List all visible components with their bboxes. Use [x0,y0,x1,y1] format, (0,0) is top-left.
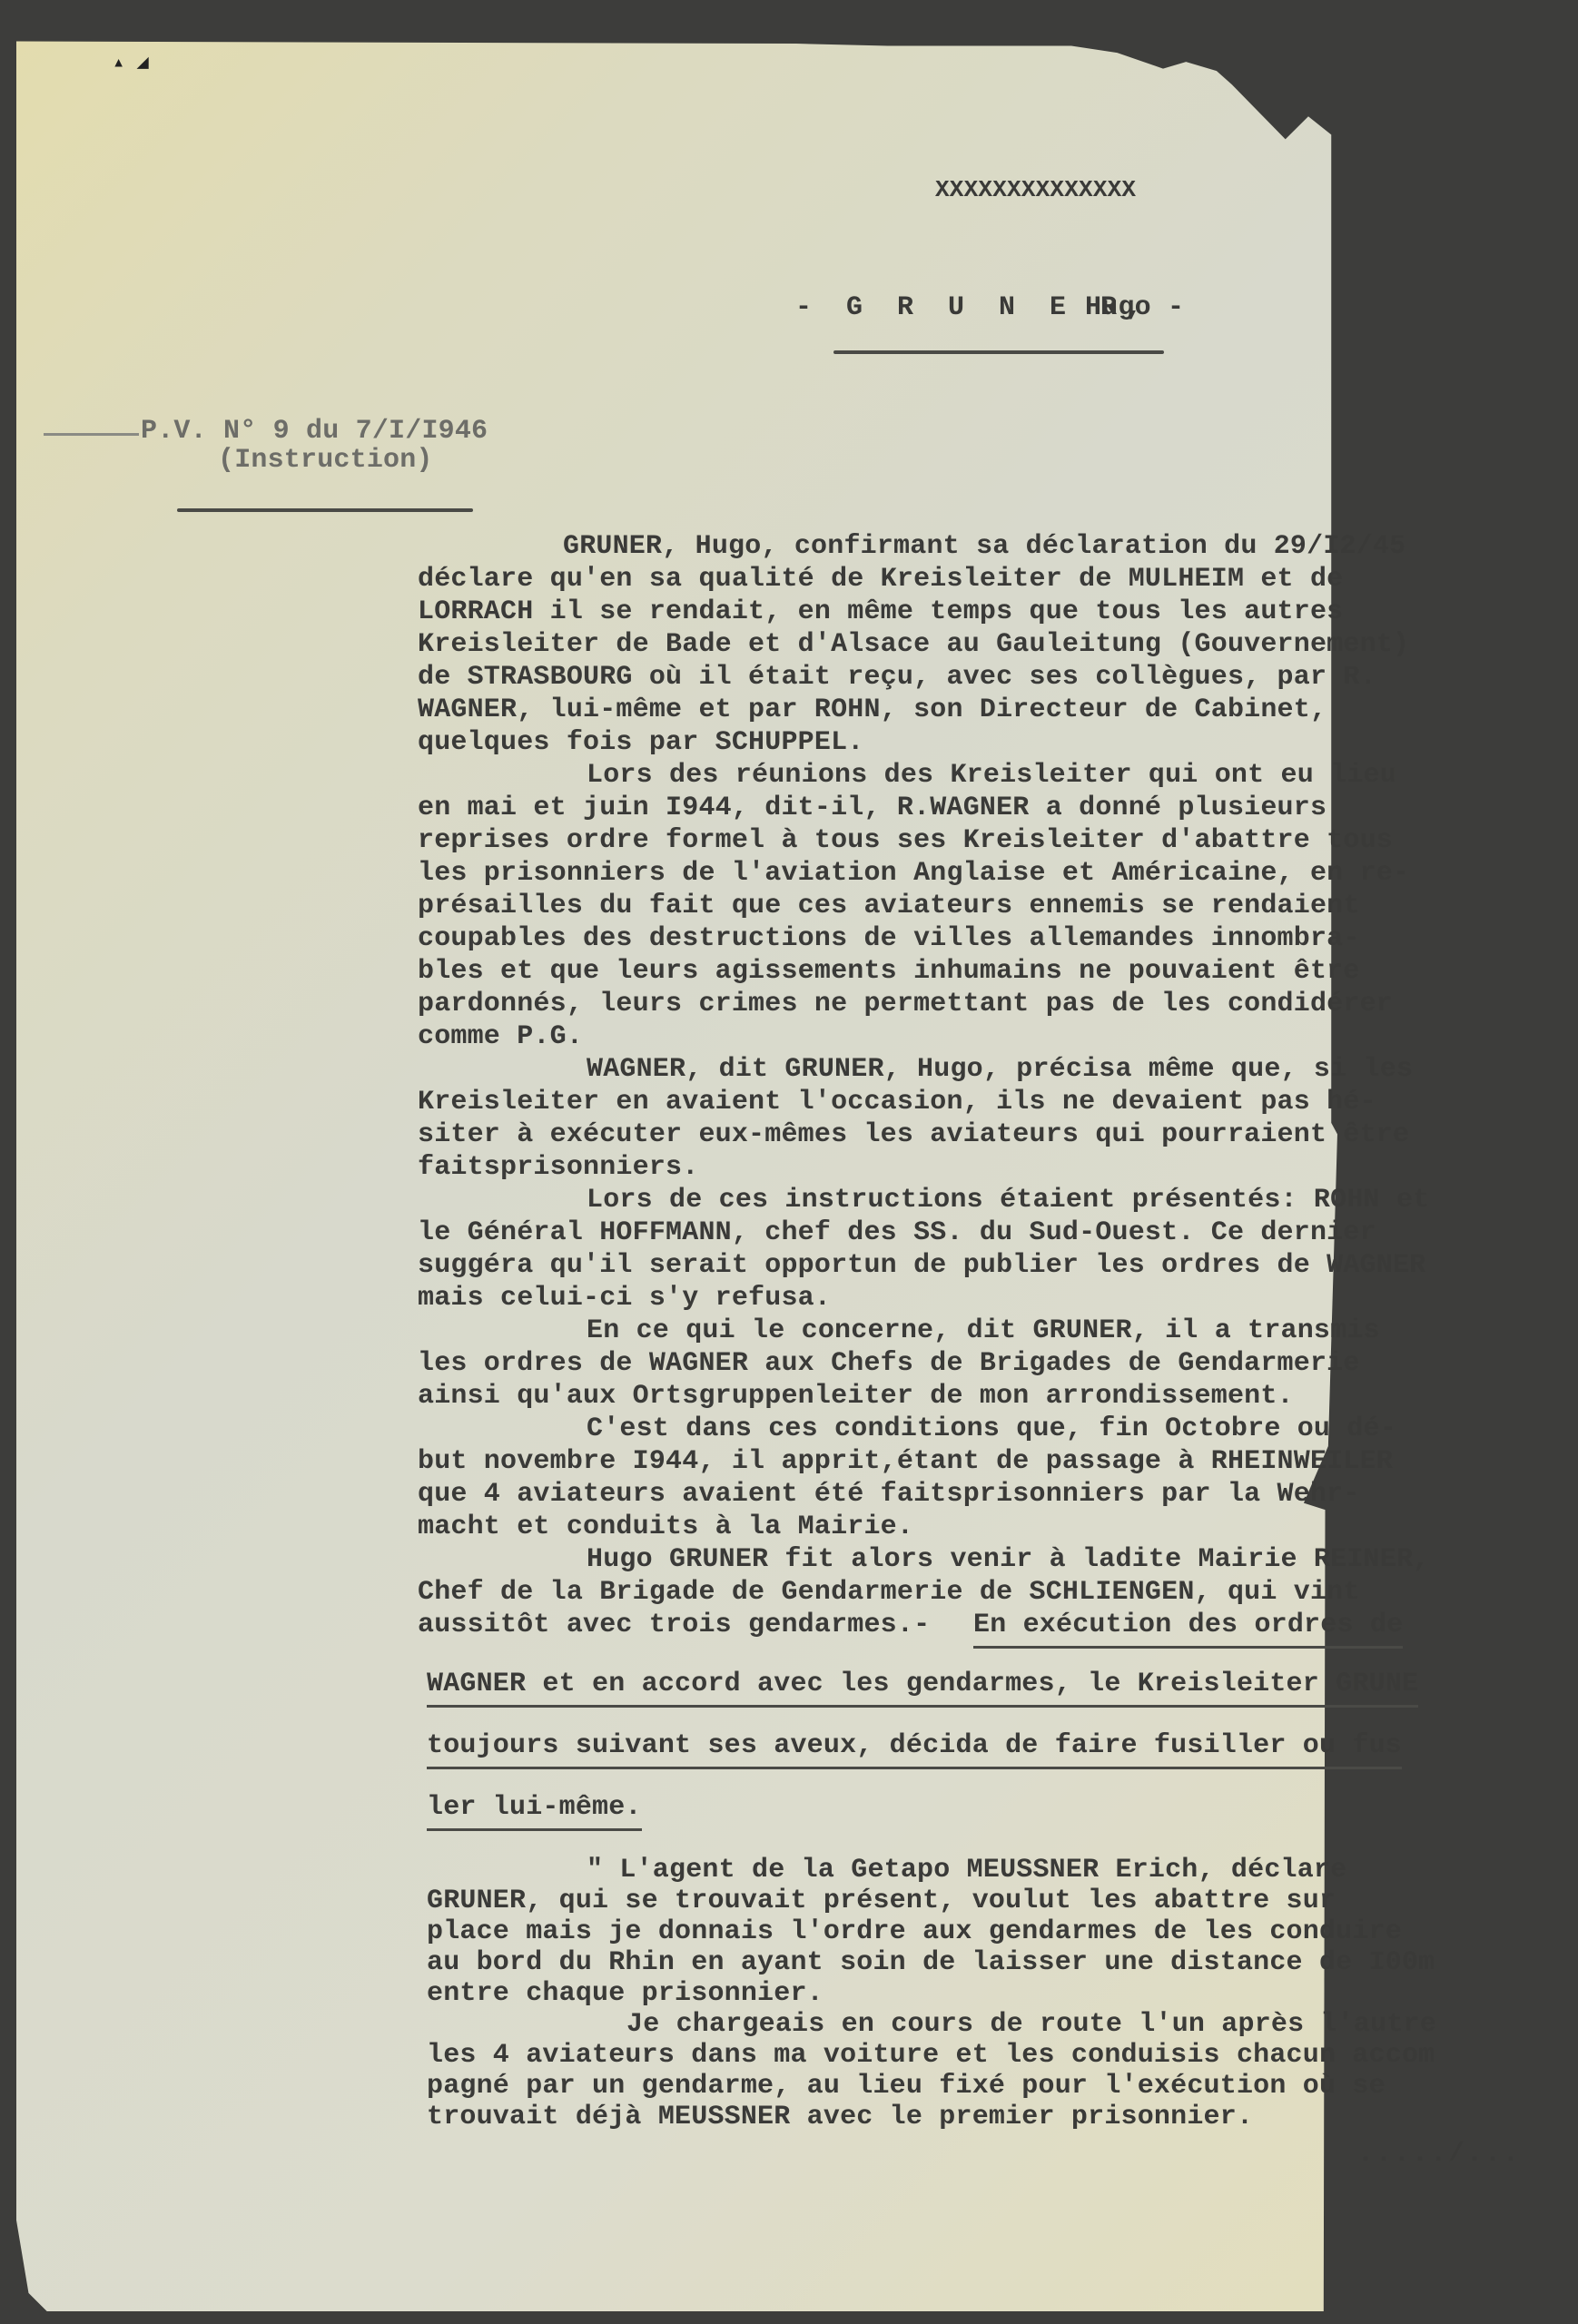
body-line: Hugo GRUNER fit alors venir à ladite Mai… [587,1544,1429,1575]
redacted-header: XXXXXXXXXXXXXX [935,174,1136,205]
pv-underline [177,508,473,512]
body-line: En ce qui le concerne, dit GRUNER, il a … [587,1315,1380,1346]
underlined-statement-start: En exécution des ordres de [973,1610,1403,1649]
underlined-statement-line: toujours suivant ses aveux, décida de fa… [427,1730,1402,1769]
body-line: siter à exécuter eux-mêmes les aviateurs… [418,1119,1409,1150]
body-line: quelques fois par SCHUPPEL. [418,727,863,758]
quote-line: entre chaque prisonnier. [427,1978,824,2009]
quote-line: " L'agent de la Getapo MEUSSNER Erich, d… [587,1855,1346,1886]
underlined-statement-line: WAGNER et en accord avec les gendarmes, … [427,1669,1418,1708]
body-line: bles et que leurs agissements inhumains … [418,956,1360,987]
punch-mark: ▴ ◢ [113,51,149,74]
quote-line: pagné par un gendarme, au lieu fixé pour… [427,2071,1386,2102]
body-line: Kreisleiter de Bade et d'Alsace au Gaule… [418,629,1409,660]
body-line: WAGNER, dit GRUNER, Hugo, précisa même q… [587,1054,1413,1085]
body-line: faitsprisonniers. [418,1152,698,1183]
quote-line: trouvait déjà MEUSSNER avec le premier p… [427,2102,1253,2132]
body-line: reprises ordre formel à tous ses Kreisle… [418,825,1393,856]
body-line: pardonnés, leurs crimes ne permettant pa… [418,989,1393,1019]
body-line: GRUNER, Hugo, confirmant sa déclaration … [563,531,1405,562]
body-line: WAGNER, lui-même et par ROHN, son Direct… [418,694,1327,725]
body-line: présailles du fait que ces aviateurs enn… [418,891,1360,921]
body-line: aussitôt avec trois gendarmes.- [418,1610,930,1640]
pv-subtitle: (Instruction) [218,445,433,476]
quote-line: les 4 aviateurs dans ma voiture et les c… [427,2040,1435,2071]
pv-reference: P.V. N° 9 du 7/I/I946 [141,416,488,447]
body-line: Chef de la Brigade de Gendarmerie de SCH… [418,1577,1360,1608]
body-line: Kreisleiter en avaient l'occasion, ils n… [418,1087,1376,1118]
body-line: suggéra qu'il serait opportun de publier… [418,1250,1425,1281]
quote-line: place mais je donnais l'ordre aux gendar… [427,1916,1402,1947]
body-line: de STRASBOURG où il était reçu, avec ses… [418,662,1376,693]
body-line: déclare qu'en sa qualité de Kreisleiter … [418,564,1343,595]
body-line: Lors des réunions des Kreisleiter qui on… [587,760,1396,791]
body-line: en mai et juin I944, dit-il, R.WAGNER a … [418,793,1327,823]
body-line: mais celui-ci s'y refusa. [418,1283,831,1314]
body-line: les ordres de WAGNER aux Chefs de Brigad… [418,1348,1360,1379]
quote-line: GRUNER, qui se trouvait présent, voulut … [427,1886,1336,1916]
document-page: ▴ ◢ XXXXXXXXXXXXXX - G R U N E R, Hugo -… [0,0,1578,2324]
body-line: coupables des destructions de villes all… [418,923,1360,954]
body-line: but novembre I944, il apprit,étant de pa… [418,1446,1393,1477]
title-underline [833,350,1164,354]
body-line: comme P.G. [418,1021,583,1052]
title-given-name: Hugo - [1085,292,1184,323]
underlined-statement-line: ler lui-même. [427,1792,642,1831]
body-line: macht et conduits à la Mairie. [418,1512,913,1542]
margin-dash-mark [44,433,139,436]
body-line: C'est dans ces conditions que, fin Octob… [587,1413,1396,1444]
body-line: LORRACH il se rendait, en même temps que… [418,596,1343,627]
page-continuation-marker: ...../... [1357,2139,1521,2170]
body-line: le Général HOFFMANN, chef des SS. du Sud… [418,1217,1376,1248]
body-line: ainsi qu'aux Ortsgruppenleiter de mon ar… [418,1381,1294,1412]
body-line: les prisonniers de l'aviation Anglaise e… [418,858,1409,889]
body-line: que 4 aviateurs avaient été faitsprisonn… [418,1479,1360,1510]
quote-line: au bord du Rhin en ayant soin de laisser… [427,1947,1435,1978]
body-line: Lors de ces instructions étaient présent… [587,1185,1429,1216]
quote-line: Je chargeais en cours de route l'un aprè… [626,2009,1436,2040]
